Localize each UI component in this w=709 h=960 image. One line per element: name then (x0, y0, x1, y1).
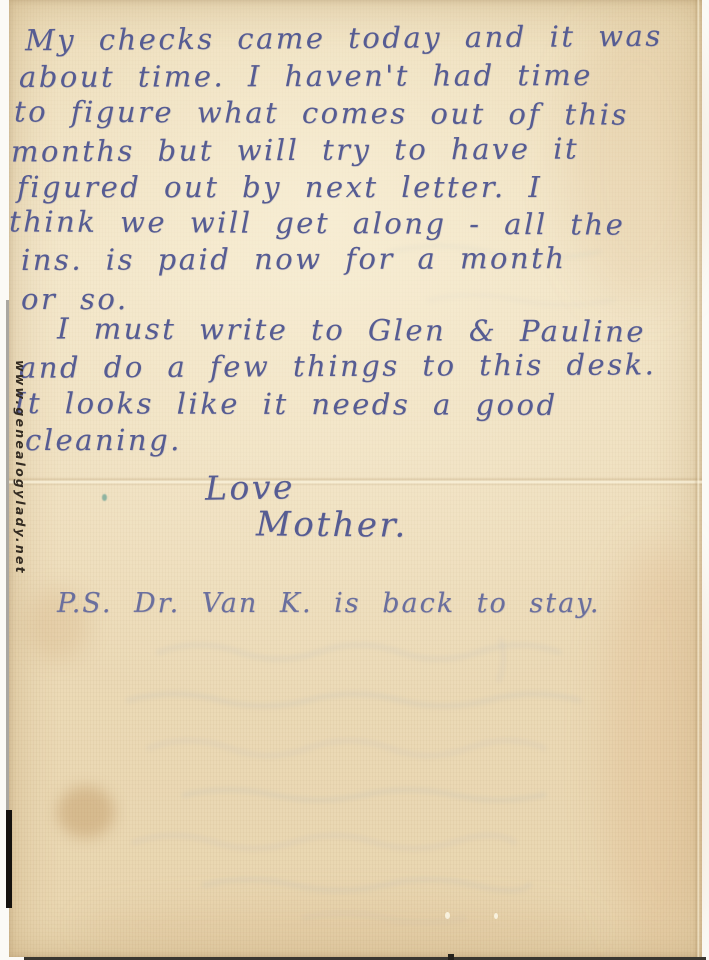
handwriting-line: months but will try to have it (11, 131, 579, 170)
handwriting-line: I must write to Glen & Pauline (57, 310, 646, 349)
handwriting-line: think we will get along - all the (9, 203, 625, 242)
watermark-url: www.genealogylady.net (13, 360, 28, 575)
handwriting-line: to figure what comes out of this (14, 93, 629, 132)
handwriting-line: My checks came today and it was (25, 18, 663, 58)
handwriting-line: figured out by next letter. I (17, 169, 542, 205)
handwriting-line: cleaning. (25, 422, 182, 458)
handwriting-line: about time. I haven't had time (19, 57, 593, 95)
letter-signature: Mother. (256, 506, 408, 543)
handwriting-line: and do a few things to this desk. (19, 346, 657, 385)
handwriting-line: ins. is paid now for a month (21, 240, 567, 278)
letter-closing: Love (205, 469, 296, 507)
fold-crease-vertical (694, 0, 700, 957)
fold-crease-horizontal (9, 477, 702, 486)
scanned-letter-page: My checks came today and it was about ti… (0, 0, 709, 960)
scan-edge-black-bar (6, 810, 12, 908)
letter-postscript: P.S. Dr. Van K. is back to stay. (57, 586, 600, 622)
letter-paper: My checks came today and it was about ti… (9, 0, 702, 957)
scan-bottom-edge-notch (448, 954, 454, 960)
handwriting-line: It looks like it needs a good (14, 385, 558, 423)
scan-edge-shadow-line (6, 300, 9, 812)
